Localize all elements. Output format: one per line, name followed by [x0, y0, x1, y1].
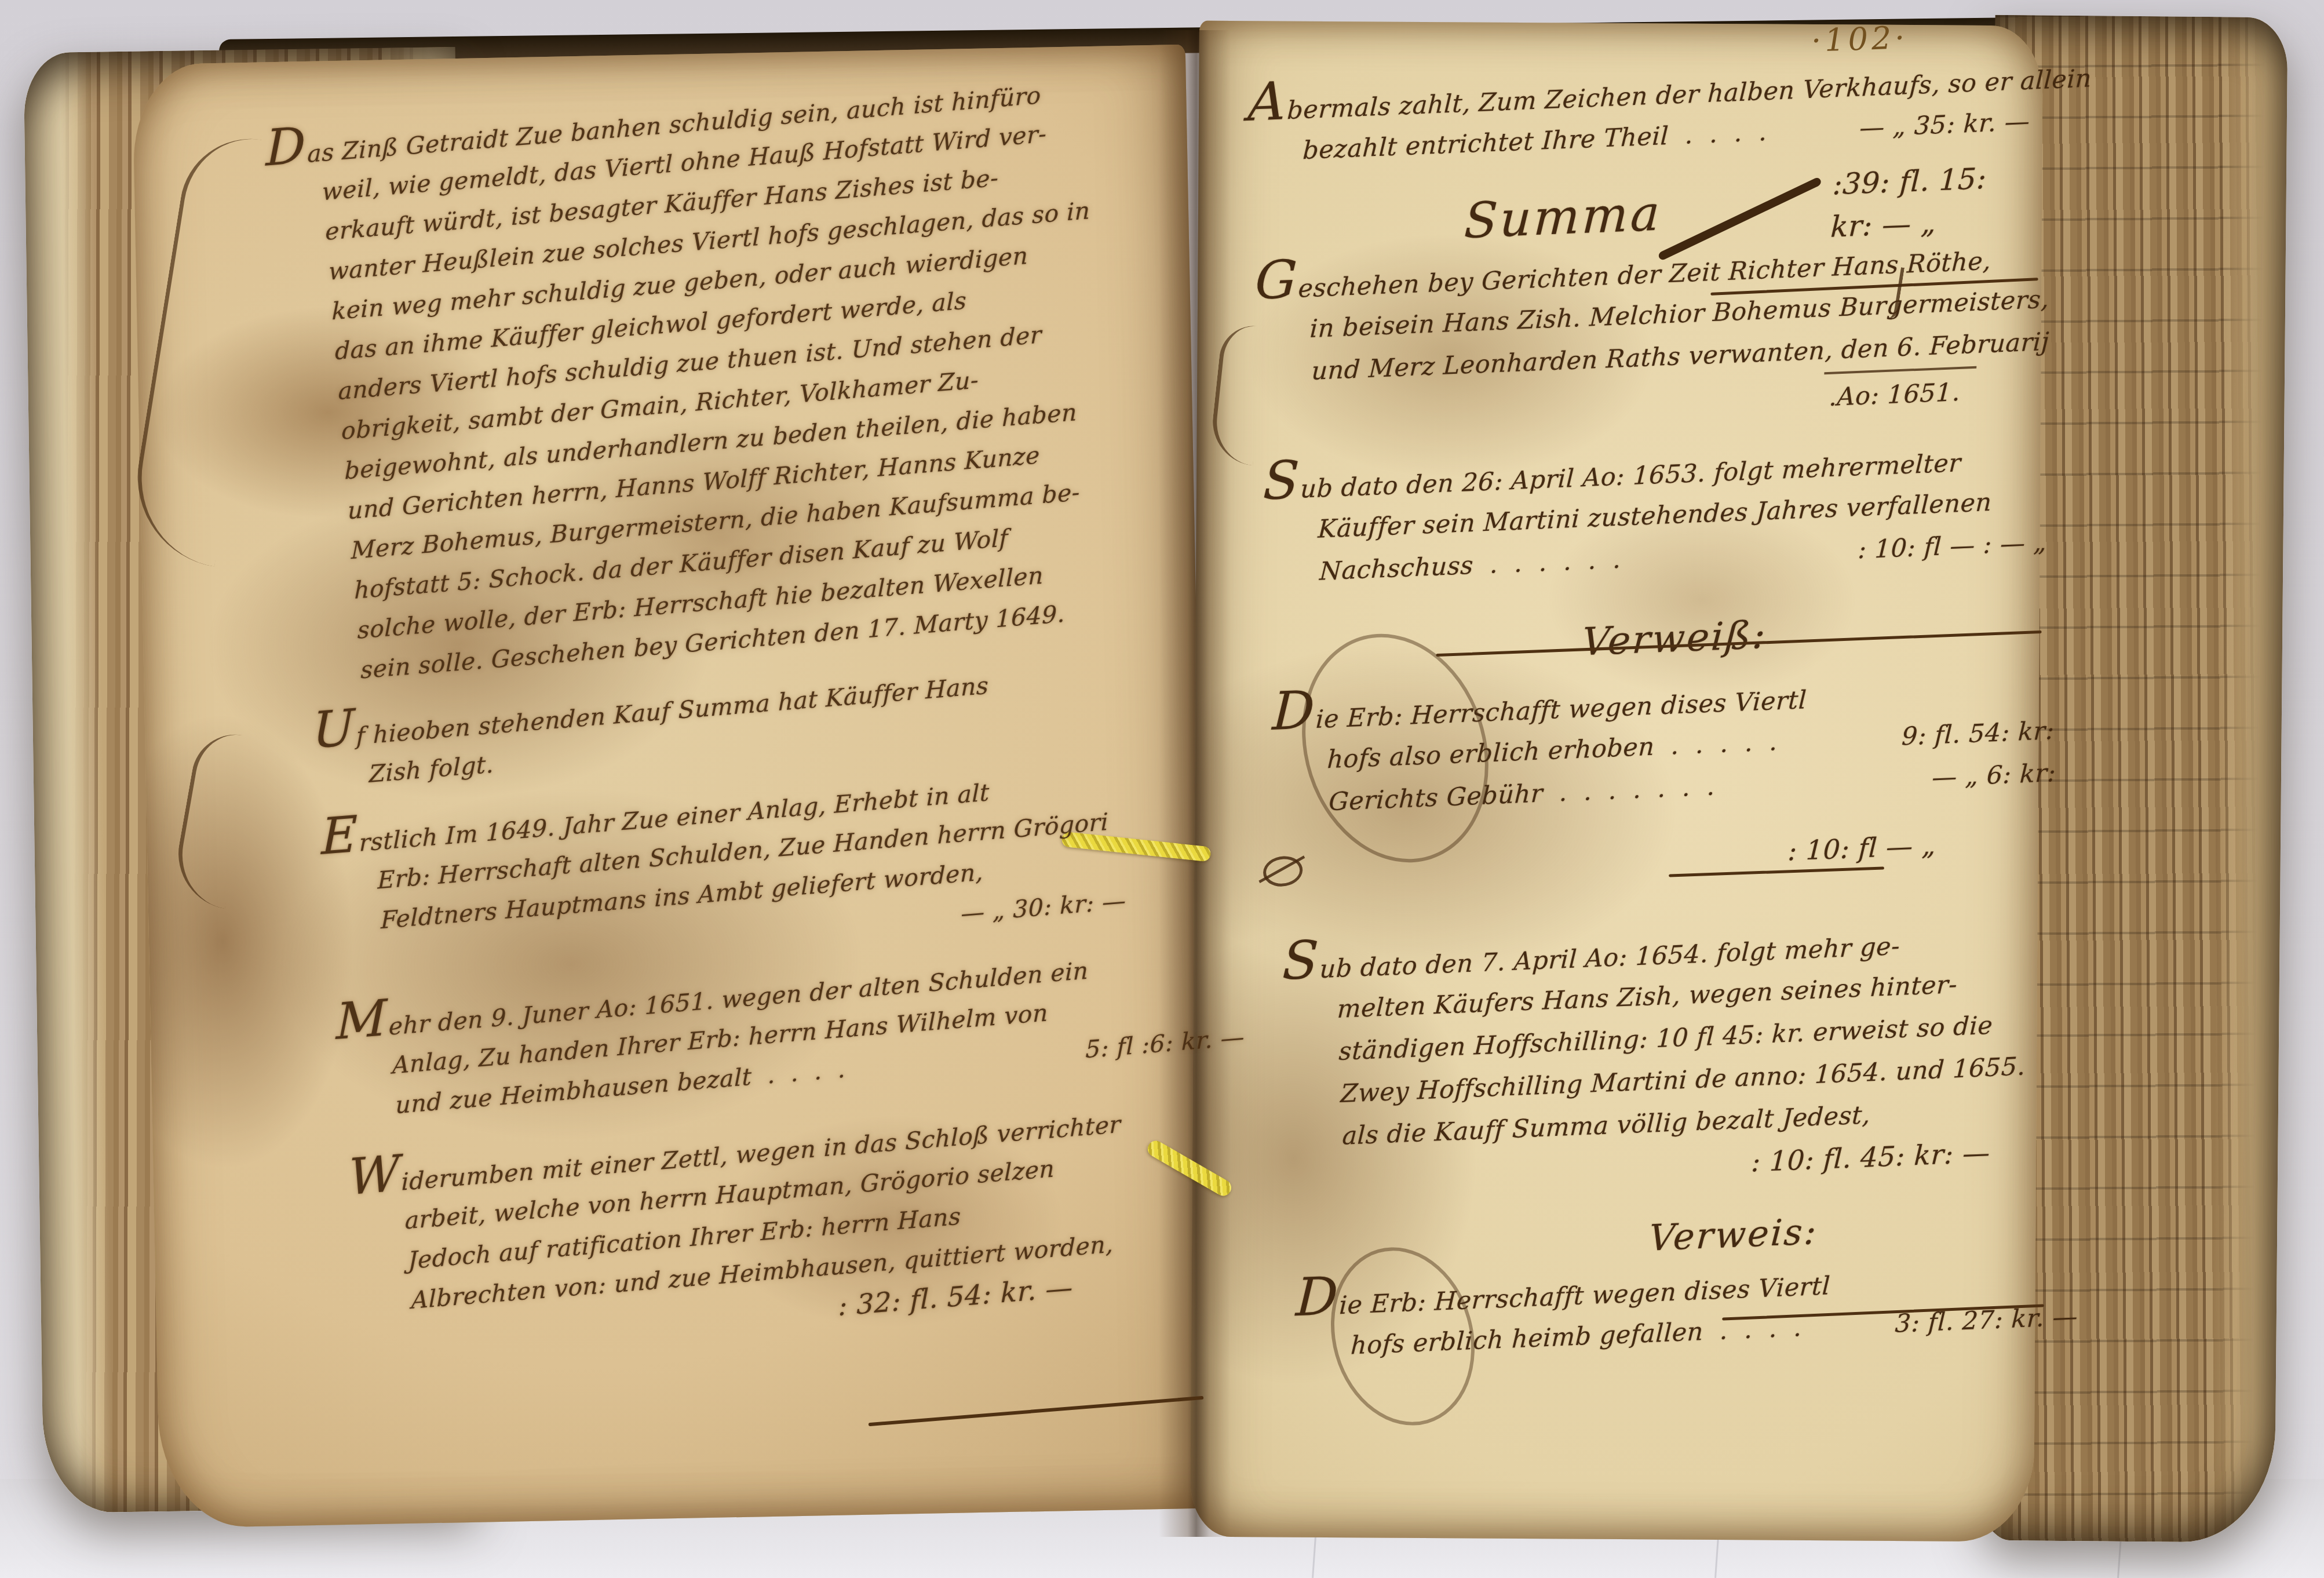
line-amount: 9: fl. 54: kr: [1900, 710, 2055, 759]
line-amount: — „ 6: kr: [1931, 752, 2057, 800]
paragraph: Sub dato den 7. April Ao: 1654. folgt me… [1267, 917, 2072, 1203]
subtotal-amount: : 10: fl — „ [1787, 824, 1937, 872]
left-page-manuscript-text: Das Zinß Getraidt Zue banhen schuldig se… [249, 64, 1265, 1366]
line-amount: .Ao: 1651. [1822, 366, 1976, 420]
manuscript-photo: ·102· Das Zinß Getraidt Zue banhen schul… [0, 0, 2324, 1578]
page-number: ·102· [1811, 19, 1909, 59]
paragraph: Das Zinß Getraidt Zue banhen schuldig se… [249, 64, 1211, 696]
paragraph: Geschehen bey Gerichten der Zeit Richter… [1239, 237, 2041, 438]
summa-amount: :39: fl. 15: kr: — „ [1830, 155, 2035, 248]
line-amount: — „ 35: kr. — [1859, 101, 2031, 150]
line-amount: 3: fl. 27: kr. — [1894, 1296, 2079, 1346]
line-amount: : 10: fl. 45: kr: — [1750, 1132, 1991, 1184]
heading-text: Verweiß: [1581, 614, 1768, 664]
sum-symbol [1263, 855, 1303, 887]
line-amount: : 10: fl — : — „ [1857, 522, 2048, 571]
paragraph: Sub dato den 26: April Ao: 1653. folgt m… [1247, 437, 2048, 596]
heading-text: Verweis: [1648, 1210, 1819, 1259]
summa-label: Summa [1464, 192, 1663, 242]
